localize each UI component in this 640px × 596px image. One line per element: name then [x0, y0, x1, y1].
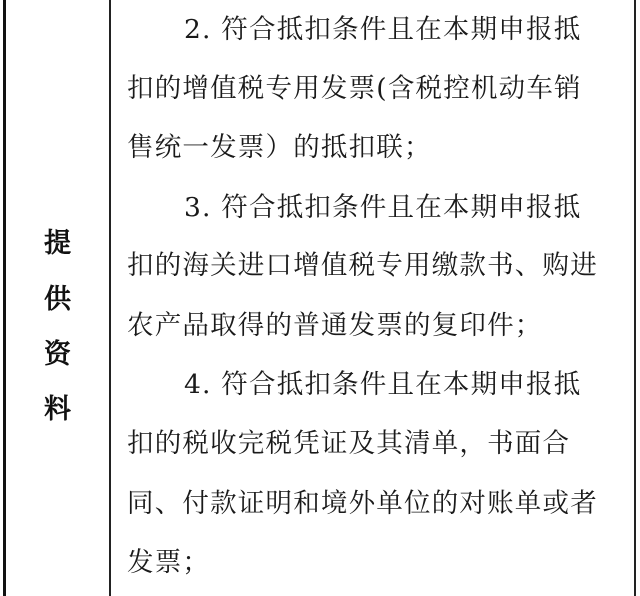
text-line: 发票；	[127, 547, 210, 579]
label-char: 提	[6, 229, 109, 259]
label-cell-provided-materials: 提 供 资 料	[6, 0, 109, 596]
text-line: 售统一发票）的抵扣联；	[127, 132, 432, 164]
table-border-right	[634, 0, 636, 596]
text-line: 扣的海关进口增值税专用缴款书、购进	[127, 250, 598, 282]
label-char: 资	[6, 340, 109, 370]
text-line: 4. 符合抵扣条件且在本期申报抵	[184, 369, 581, 401]
text-line: 扣的增值税专用发票(含税控机动车销	[127, 73, 582, 105]
label-char: 料	[6, 395, 109, 425]
text-line: 同、付款证明和境外单位的对账单或者	[127, 488, 598, 520]
label-char: 供	[6, 285, 109, 315]
text-line: 3. 符合抵扣条件且在本期申报抵	[184, 192, 581, 224]
text-line: 扣的税收完税凭证及其清单，书面合	[127, 428, 570, 460]
text-line: 2. 符合抵扣条件且在本期申报抵	[184, 14, 581, 46]
text-line: 农产品取得的普通发票的复印件；	[127, 310, 543, 342]
document-table: 提 供 资 料 2. 符合抵扣条件且在本期申报抵 扣的增值税专用发票(含税控机动…	[0, 0, 640, 596]
content-cell: 2. 符合抵扣条件且在本期申报抵 扣的增值税专用发票(含税控机动车销 售统一发票…	[111, 0, 634, 596]
